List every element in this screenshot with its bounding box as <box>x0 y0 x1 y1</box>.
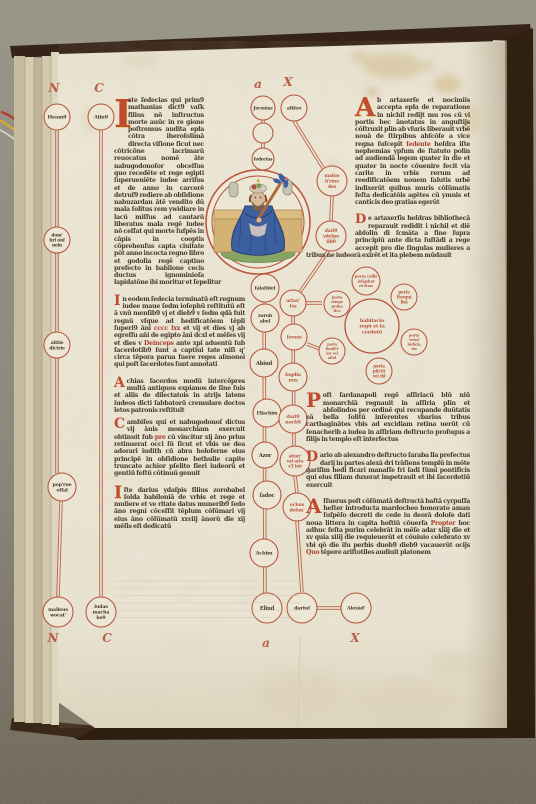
king-medallion <box>206 170 310 274</box>
lineage-line <box>299 249 328 291</box>
roundel-label: deſun' <box>290 507 305 513</box>
genealogy-roundel: Jeconias <box>251 96 275 120</box>
guide-letter: a <box>254 77 262 91</box>
roundel-label: ochus <box>290 502 305 508</box>
lineage-line <box>57 501 60 597</box>
roundel-label: aliſeo <box>287 106 302 112</box>
roundel-label: lini <box>400 299 408 304</box>
roundel-label: artax' <box>286 298 299 304</box>
manuscript-photo: Heam9Alin9Jeconiasſedeciasaliſeomaſueh'r… <box>0 0 536 804</box>
lineage-line <box>332 196 333 221</box>
genealogy-diagram: Heam9Alin9Jeconiasſedeciasaliſeomaſueh'r… <box>0 0 536 804</box>
roundel-label: ioc vel <box>326 351 338 355</box>
lineage-line <box>330 196 331 221</box>
city-gate-roundel: porta vallisioſaphatet fron <box>352 267 380 295</box>
genealogy-roundel: dom'hri ouſnein <box>44 227 70 253</box>
roundel-label: be9 <box>96 615 106 621</box>
roundel-label: ſes <box>290 303 297 309</box>
roundel-label: ria <box>411 346 417 351</box>
guide-letter: C <box>94 81 104 95</box>
roundel-label: Achim <box>255 551 274 557</box>
roundel-label: nein <box>52 244 63 249</box>
roundel-label: dariuſ <box>294 606 311 612</box>
roundel-label: ydeſpo <box>322 234 339 240</box>
roundel-label: tice <box>333 308 341 313</box>
roundel-label: ſadoc <box>260 493 275 499</box>
city-gate-roundel: portavetuſiudiciaria <box>401 329 427 355</box>
genealogy-roundel: dari9ydeſpoſili9 <box>316 221 346 251</box>
roundel-label: ſili9 <box>326 239 335 245</box>
roundel-label: vel dd <box>372 373 386 378</box>
genealogy-roundel: zorobabel <box>251 304 279 332</box>
genealogy-roundel: ſogdianus <box>279 363 307 391</box>
roundel-label: nus <box>288 377 298 383</box>
genealogy-roundel: pop'rueoſſal <box>48 473 76 501</box>
genealogy-roundel: ludasmachabe9 <box>86 597 116 627</box>
roundel-label: aſtel <box>328 356 337 360</box>
roundel-label: ſalathiel <box>255 286 276 292</box>
city-gate-roundel: portaſterquilini <box>391 284 417 310</box>
genealogy-roundel: Abiud <box>250 349 278 377</box>
guide-letter: X <box>349 631 360 645</box>
genealogy-roundel: aīttiedictrīe <box>44 332 70 358</box>
lineage-line <box>295 120 324 167</box>
genealogy-roundel: dari9noch9 <box>279 405 307 433</box>
lineage-line <box>296 476 298 493</box>
roundel-label: cerdotū <box>362 330 383 336</box>
guide-letter: X <box>282 75 293 89</box>
roundel-label: Heam9 <box>48 115 68 121</box>
genealogy-roundel: ſerses <box>281 324 307 350</box>
city-gate-roundel: portapiſciūvel dd <box>366 358 392 384</box>
city-gate-roundel: portafontiſ-ſioc velaſtel <box>319 338 345 364</box>
guide-letter: C <box>102 631 112 645</box>
lineage-line <box>296 521 301 592</box>
lineage-line <box>59 501 62 597</box>
roundel-label: maſue <box>324 173 339 179</box>
genealogy-roundel: ſalathiel <box>251 274 279 302</box>
genealogy-roundel <box>253 123 273 143</box>
genealogy-roundel: maſueh'rmodes <box>317 166 347 196</box>
roundel-label: dari9 <box>325 228 338 234</box>
lineage-line <box>307 345 320 350</box>
genealogy-roundel: Azor <box>252 442 278 468</box>
roundel-label: Alexād' <box>346 606 366 612</box>
roundel-label: ſedecias <box>254 157 273 162</box>
genealogy-roundel: malleuswocat' <box>43 597 73 627</box>
roundel-label: noch9 <box>285 419 301 425</box>
genealogy-roundel: dariuſ <box>287 593 317 623</box>
jerusalem-central-roundel: habitacioregū et ſacerdotū <box>345 299 399 353</box>
city-gate-roundel: portaouepeprobatice <box>324 291 350 317</box>
roundel-label: Alin9 <box>93 115 109 121</box>
lineage-line <box>307 343 320 348</box>
roundel-label: Abiud <box>255 361 273 367</box>
guide-letter: N <box>48 81 61 95</box>
lineage-line <box>301 251 330 293</box>
genealogy-roundel: ſedecias <box>252 148 274 170</box>
roundel-label: dictrīe <box>49 345 65 351</box>
guide-letter: a <box>262 636 270 650</box>
genealogy-roundel: aliſeo <box>281 95 307 121</box>
roundel-label: des <box>328 184 337 190</box>
genealogy-roundel: Heam9 <box>44 104 70 130</box>
genealogy-roundel: Alexād' <box>341 593 371 623</box>
genealogy-roundel: artax'ſes <box>280 290 306 316</box>
roundel-label: et fron <box>359 283 373 288</box>
guide-letter: N <box>47 631 60 645</box>
roundel-label: Jeconias <box>252 106 273 111</box>
genealogy-roundel: Achim <box>250 539 278 567</box>
roundel-label: ſerses <box>287 335 302 341</box>
roundel-label: x'ſ inō <box>288 465 302 470</box>
genealogy-roundel: ſadoc <box>253 481 281 509</box>
roundel-label: h'rmo <box>325 179 339 185</box>
roundel-label: wocat' <box>49 612 67 618</box>
lineage-line <box>294 476 296 493</box>
genealogy-roundel: Eliud <box>252 593 282 623</box>
genealogy-roundel: Eliachim <box>253 399 281 427</box>
roundel-label: Eliachim <box>257 411 278 417</box>
roundel-label: fontiſ-ſ <box>326 347 339 351</box>
roundel-label: aīttie <box>51 340 64 346</box>
genealogy-roundel: Alin9 <box>88 104 114 130</box>
roundel-label: porta <box>327 343 338 347</box>
roundel-label: abel <box>260 318 271 324</box>
roundel-label: Eliud <box>260 606 275 612</box>
roundel-label: oſſal <box>56 487 68 493</box>
genealogy-roundel: ochusdeſun' <box>283 493 311 521</box>
genealogy-roundel: aſuer'vel artax'ſ inō <box>280 446 310 476</box>
roundel-label: Azor <box>258 453 272 459</box>
lineage-line <box>293 122 322 169</box>
